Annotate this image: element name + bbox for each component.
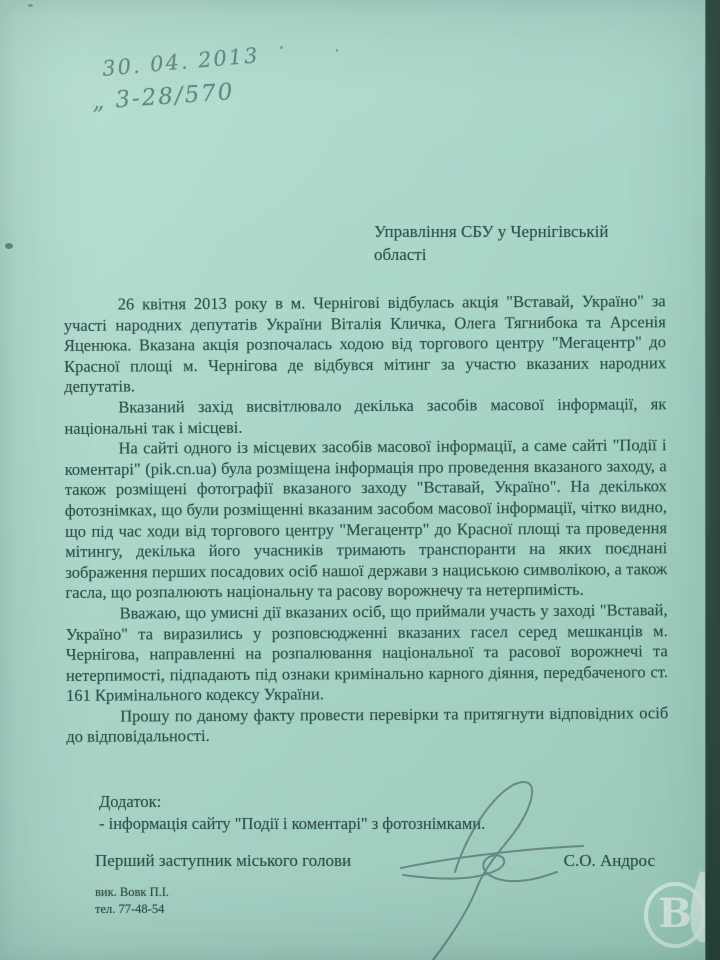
document-photo: 30. 04. 2013 „ 3-28/570 Управління СБУ у… — [0, 0, 720, 960]
recipient-line-1: Управління СБУ у Чернігівській — [374, 220, 674, 243]
paper-speck — [336, 49, 338, 52]
executor-name: вик. Вовк П.І. — [95, 884, 169, 901]
photo-dark-edge — [705, 0, 720, 960]
paragraph-legal-assessment: Вважаю, що умисні дії вказаних осіб, що … — [66, 600, 669, 707]
recipient-line-2: області — [374, 243, 674, 266]
paragraph-request: Прошу по даному факту провести перевірки… — [66, 703, 668, 748]
paper-speck — [280, 46, 283, 49]
paragraph-website-photos: На сайті одного із місцевих засобів масо… — [65, 435, 668, 603]
letter-body: 26 квітня 2013 року в м. Чернігові відбу… — [64, 291, 669, 748]
recipient-address: Управління СБУ у Чернігівській області — [374, 220, 674, 266]
paragraph-media-coverage: Вказаний захід висвітлювало декілька зас… — [64, 394, 666, 439]
handwritten-signature — [383, 760, 593, 960]
executor-phone: тел. 77-48-54 — [95, 901, 169, 918]
paragraph-event: 26 квітня 2013 року в м. Чернігові відбу… — [64, 291, 667, 398]
executor-block: вик. Вовк П.І. тел. 77-48-54 — [95, 884, 169, 918]
paper-speck — [5, 243, 13, 249]
paper-speck — [28, 4, 33, 7]
watermark-letter: В — [658, 894, 692, 934]
signer-title: Перший заступник міського голови — [95, 851, 351, 871]
